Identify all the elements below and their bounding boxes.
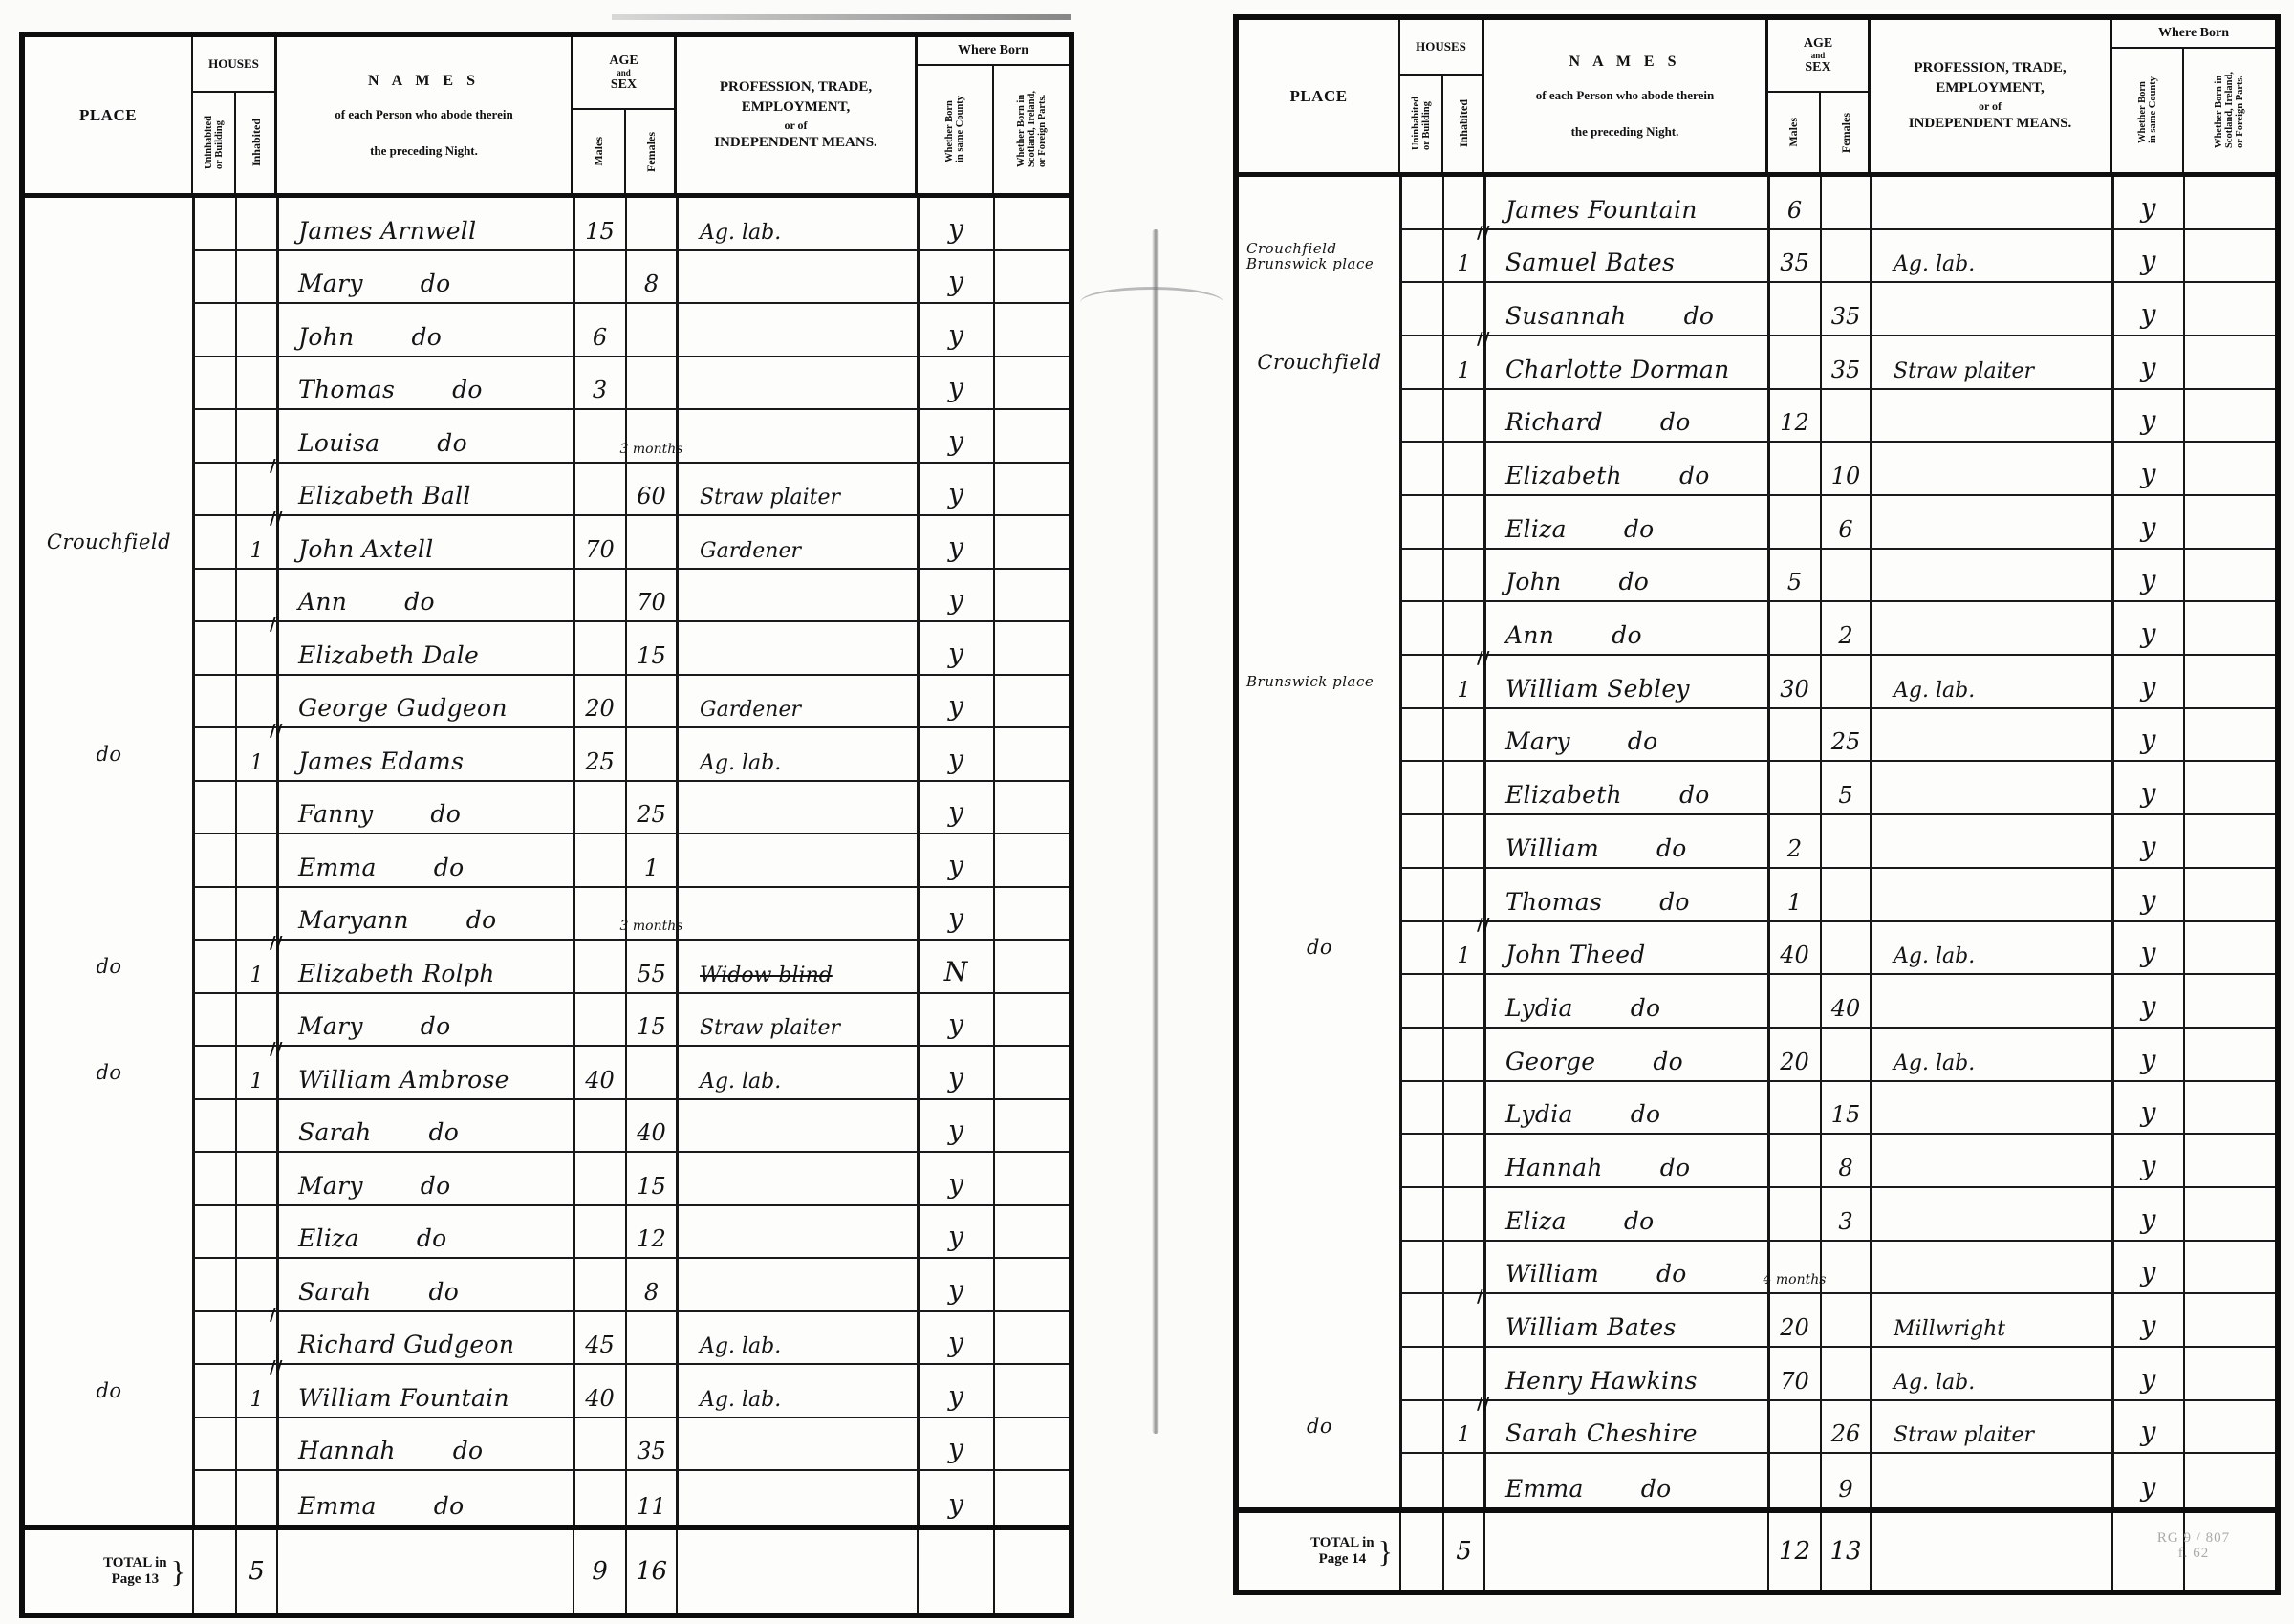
age-female-value: 15 bbox=[637, 1173, 666, 1200]
born-same-county-cell: y bbox=[2112, 230, 2184, 282]
name-cell: Fannydo bbox=[277, 782, 573, 834]
person-name: John bbox=[1505, 568, 1561, 595]
header-where-born-label: Where Born bbox=[2158, 26, 2229, 41]
header-place-label: PLACE bbox=[79, 106, 137, 125]
person-name: Mary bbox=[1505, 727, 1570, 755]
name-cell: Williamdo bbox=[1484, 1242, 1768, 1293]
age-female-value: 35 bbox=[1831, 357, 1861, 383]
age-female-cell: 9 bbox=[1821, 1454, 1871, 1507]
header-age-sex-group: AGEandSEXMalesFemales bbox=[1768, 20, 1871, 172]
name-cell: Elizado bbox=[277, 1206, 573, 1258]
born-foreign-cell bbox=[2184, 1188, 2275, 1240]
table-row: Fannydo25y bbox=[193, 782, 1069, 835]
table-row: Williamdo2y bbox=[1400, 815, 2275, 869]
ditto-mark: do bbox=[1624, 515, 1655, 543]
household-separator-mark: // bbox=[1477, 915, 1490, 935]
place-cell: do bbox=[25, 1047, 193, 1098]
profession-cell bbox=[1871, 602, 2112, 654]
age-female-cell: 2 bbox=[1821, 602, 1871, 654]
born-same-county-value: y bbox=[948, 796, 963, 828]
born-same-county-value: y bbox=[2141, 1203, 2156, 1235]
header-inhabited-label: Inhabited bbox=[1459, 99, 1469, 147]
header-inhabited: Inhabited bbox=[1443, 76, 1484, 172]
born-foreign-cell bbox=[2184, 496, 2275, 548]
age-female-cell: 40 bbox=[626, 1100, 677, 1152]
born-same-county-value: y bbox=[948, 319, 963, 351]
header-houses: HOUSES bbox=[1400, 20, 1482, 76]
place-text: do bbox=[1307, 936, 1332, 959]
born-same-county-cell: y bbox=[918, 198, 994, 249]
inhabited-cell bbox=[1443, 1082, 1484, 1134]
inhabited-cell bbox=[236, 994, 277, 1046]
born-foreign-cell bbox=[2184, 1135, 2275, 1186]
table-row: do1//Sarah Cheshire26Straw plaitery bbox=[1400, 1401, 2275, 1455]
name-cell: //John Axtell bbox=[277, 516, 573, 568]
header-sex-label: SEX bbox=[611, 77, 637, 92]
profession-cell bbox=[677, 1418, 918, 1470]
name-cell: Lydiado bbox=[1484, 1082, 1768, 1134]
age-male-cell: 4 months bbox=[1768, 1242, 1821, 1293]
born-same-county-value: y bbox=[2141, 245, 2156, 276]
age-male-cell: 12 bbox=[1768, 390, 1821, 442]
household-separator-mark: // bbox=[1477, 1394, 1490, 1414]
table-row: Marydo8y bbox=[193, 251, 1069, 305]
person-name: Maryann bbox=[298, 906, 409, 934]
profession-value: Ag. lab. bbox=[700, 1070, 781, 1093]
inhabited-cell bbox=[1443, 177, 1484, 228]
age-male-cell bbox=[1768, 336, 1821, 388]
ditto-mark: do bbox=[1656, 1260, 1687, 1288]
name-cell: /Elizabeth Ball bbox=[277, 464, 573, 515]
age-male-cell bbox=[573, 464, 626, 515]
born-foreign-cell bbox=[2184, 1454, 2275, 1507]
age-male-cell: 3 bbox=[573, 357, 626, 409]
place-text: do bbox=[1307, 1415, 1332, 1438]
born-foreign-cell bbox=[994, 941, 1069, 992]
born-foreign-cell bbox=[994, 622, 1069, 674]
person-name: Hannah bbox=[1505, 1154, 1603, 1181]
age-female-cell bbox=[1821, 550, 1871, 601]
born-same-county-cell: y bbox=[918, 1418, 994, 1470]
person-name: James Fountain bbox=[1505, 196, 1698, 224]
age-male-value: 6 bbox=[1787, 197, 1802, 224]
person-name: Mary bbox=[298, 1012, 363, 1040]
inhabited-value: 1 bbox=[1458, 944, 1471, 968]
header-foreign: Whether Born in Scotland, Ireland, or Fo… bbox=[2184, 49, 2275, 172]
inhabited-cell bbox=[236, 888, 277, 940]
age-female-cell: 25 bbox=[1821, 709, 1871, 761]
age-female-cell bbox=[1821, 815, 1871, 867]
total-males-value: 9 bbox=[592, 1557, 608, 1586]
ditto-mark: do bbox=[434, 854, 465, 881]
born-same-county-cell: N bbox=[918, 941, 994, 992]
profession-cell bbox=[1871, 762, 2112, 813]
age-male-value: 35 bbox=[1780, 249, 1809, 276]
profession-cell: Ag. lab. bbox=[677, 198, 918, 249]
ditto-mark: do bbox=[1679, 462, 1710, 489]
profession-cell: Ag. lab. bbox=[677, 1365, 918, 1417]
age-female-value: 35 bbox=[637, 1438, 666, 1464]
born-same-county-cell: y bbox=[918, 1471, 994, 1525]
age-female-value: 3 months bbox=[620, 442, 683, 457]
age-male-cell: 6 bbox=[1768, 177, 1821, 228]
age-male-cell: 40 bbox=[1768, 922, 1821, 974]
total-females-value: 13 bbox=[1829, 1537, 1861, 1566]
person-name: Henry Hawkins bbox=[1505, 1367, 1698, 1395]
inhabited-cell bbox=[1443, 709, 1484, 761]
table-row: do1//James Edams25Ag. lab.y bbox=[193, 728, 1069, 782]
name-cell: Hannahdo bbox=[277, 1418, 573, 1470]
name-cell: Elizado bbox=[1484, 496, 1768, 548]
born-same-county-cell: y bbox=[2112, 1029, 2184, 1080]
age-male-value: 30 bbox=[1780, 676, 1809, 703]
header-where-born: Where Born bbox=[2112, 20, 2275, 49]
age-female-cell bbox=[626, 728, 677, 780]
inhabited-value: 1 bbox=[250, 1070, 264, 1093]
age-female-value: 15 bbox=[1831, 1101, 1861, 1128]
ditto-mark: do bbox=[437, 429, 467, 457]
header-males: Males bbox=[1768, 93, 1821, 172]
header-profession-l3: or of bbox=[784, 118, 807, 133]
name-cell: Williamdo bbox=[1484, 815, 1768, 867]
age-female-value: 26 bbox=[1831, 1420, 1861, 1447]
age-male-value: 4 months bbox=[1764, 1272, 1827, 1288]
header-age-label: AGE bbox=[1804, 36, 1832, 51]
header-age-label: AGE bbox=[609, 54, 638, 68]
born-same-county-cell: y bbox=[2112, 1135, 2184, 1186]
age-male-cell bbox=[1768, 762, 1821, 813]
born-same-county-value: y bbox=[2141, 1256, 2156, 1288]
household-separator-mark: // bbox=[270, 509, 283, 529]
born-same-county-value: y bbox=[948, 1062, 963, 1093]
ditto-mark: do bbox=[434, 1492, 465, 1520]
born-same-county-value: y bbox=[2141, 1310, 2156, 1341]
header-place: PLACE bbox=[25, 37, 193, 193]
age-female-cell: 3 bbox=[1821, 1188, 1871, 1240]
born-foreign-cell bbox=[2184, 1294, 2275, 1346]
ditto-mark: do bbox=[1656, 834, 1687, 862]
ditto-mark: do bbox=[1612, 621, 1642, 649]
header-houses-group: HOUSESUninhabited or BuildingInhabited bbox=[193, 37, 277, 193]
age-male-value: 12 bbox=[1780, 409, 1809, 436]
header-profession: PROFESSION, TRADE,EMPLOYMENT,or ofINDEPE… bbox=[677, 37, 918, 193]
person-name: William Fountain bbox=[298, 1384, 509, 1412]
age-male-cell: 5 bbox=[1768, 550, 1821, 601]
profession-cell bbox=[677, 1206, 918, 1258]
born-same-county-value: y bbox=[2141, 564, 2156, 595]
person-name: George bbox=[1505, 1048, 1595, 1075]
book-binding bbox=[1152, 229, 1159, 1434]
born-foreign-cell bbox=[994, 888, 1069, 940]
age-female-value: 25 bbox=[637, 801, 666, 828]
age-female-value: 6 bbox=[1838, 516, 1852, 543]
age-male-cell bbox=[573, 888, 626, 940]
name-cell: Emmado bbox=[277, 834, 573, 886]
name-cell: Anndo bbox=[277, 570, 573, 621]
header-profession-l3: or of bbox=[1979, 98, 2002, 114]
age-male-cell bbox=[1768, 1082, 1821, 1134]
total-houses: 5 bbox=[236, 1530, 277, 1613]
born-same-county-value: y bbox=[2141, 511, 2156, 543]
ditto-mark: do bbox=[429, 1118, 460, 1146]
age-male-value: 70 bbox=[585, 536, 615, 563]
table-row: /Richard Gudgeon45Ag. lab.y bbox=[193, 1312, 1069, 1366]
place-struck-text: Crouchfield bbox=[1246, 241, 1337, 256]
ditto-mark: do bbox=[421, 1012, 451, 1040]
profession-cell bbox=[677, 782, 918, 834]
profession-value: Ag. lab. bbox=[1894, 944, 1975, 968]
born-same-county-cell: y bbox=[918, 994, 994, 1046]
table-row: Marydo15y bbox=[193, 1153, 1069, 1206]
inhabited-cell bbox=[236, 410, 277, 462]
table-row: Thomasdo3y bbox=[193, 357, 1069, 411]
header-uninhabited: Uninhabited or Building bbox=[193, 93, 236, 193]
ditto-mark: do bbox=[452, 376, 483, 403]
person-name: John bbox=[298, 323, 354, 351]
profession-value: Gardener bbox=[700, 539, 801, 563]
born-same-county-cell: y bbox=[918, 251, 994, 303]
born-same-county-cell: y bbox=[2112, 656, 2184, 707]
age-male-cell: 2 bbox=[1768, 815, 1821, 867]
age-female-cell bbox=[1821, 1029, 1871, 1080]
profession-cell: Millwright bbox=[1871, 1294, 2112, 1346]
born-foreign-cell bbox=[994, 1047, 1069, 1098]
inhabited-cell bbox=[1443, 443, 1484, 494]
inhabited-cell bbox=[1443, 975, 1484, 1027]
header-names-sub1: of each Person who abode therein bbox=[1536, 88, 1714, 103]
header-uninhabited-label: Uninhabited or Building bbox=[204, 116, 225, 169]
place-cell: do bbox=[25, 941, 193, 992]
table-row: Johndo6y bbox=[193, 304, 1069, 357]
age-female-cell bbox=[626, 1047, 677, 1098]
born-same-county-cell: y bbox=[2112, 1401, 2184, 1453]
profession-cell bbox=[1871, 496, 2112, 548]
born-same-county-cell: y bbox=[918, 1206, 994, 1258]
age-male-cell bbox=[1768, 1188, 1821, 1240]
inhabited-cell bbox=[1443, 1135, 1484, 1186]
born-same-county-cell: y bbox=[2112, 496, 2184, 548]
born-foreign-cell bbox=[2184, 922, 2275, 974]
profession-value: Ag. lab. bbox=[1894, 1051, 1975, 1075]
age-female-value: 12 bbox=[637, 1225, 666, 1252]
profession-cell bbox=[1871, 1082, 2112, 1134]
name-cell: //Charlotte Dorman bbox=[1484, 336, 1768, 388]
table-row: /William Bates20Millwrighty bbox=[1400, 1294, 2275, 1348]
table-row: Emmado9y bbox=[1400, 1454, 2275, 1507]
place-cell: do bbox=[25, 1365, 193, 1417]
table-row: do1//Elizabeth Rolph55Widow blindN bbox=[193, 941, 1069, 994]
ditto-mark: do bbox=[1628, 727, 1658, 755]
header-age-sex: AGEandSEX bbox=[1768, 20, 1868, 93]
profession-value: Millwright bbox=[1894, 1317, 2005, 1341]
table-row: James Arnwell15Ag. lab.y bbox=[193, 198, 1069, 251]
profession-cell bbox=[677, 251, 918, 303]
profession-cell bbox=[677, 1471, 918, 1525]
ditto-mark: do bbox=[430, 800, 461, 828]
born-foreign-cell bbox=[2184, 602, 2275, 654]
household-separator-mark: // bbox=[1477, 223, 1490, 243]
age-female-value: 15 bbox=[637, 642, 666, 669]
born-same-county-cell: y bbox=[918, 676, 994, 727]
table-row: Georgedo20Ag. lab.y bbox=[1400, 1029, 2275, 1082]
table-row: Louisado3 monthsy bbox=[193, 410, 1069, 464]
name-cell: George Gudgeon bbox=[277, 676, 573, 727]
age-female-cell: 11 bbox=[626, 1471, 677, 1525]
profession-cell bbox=[1871, 443, 2112, 494]
age-male-value: 3 bbox=[593, 377, 607, 403]
ditto-mark: do bbox=[1631, 994, 1661, 1022]
born-foreign-cell bbox=[994, 1418, 1069, 1470]
born-same-county-cell: y bbox=[918, 357, 994, 409]
name-cell: //John Theed bbox=[1484, 922, 1768, 974]
born-same-county-cell: y bbox=[918, 1047, 994, 1098]
age-female-value: 8 bbox=[644, 271, 659, 297]
age-female-cell bbox=[1821, 1348, 1871, 1399]
header-inhabited-label: Inhabited bbox=[251, 119, 262, 166]
header-houses-label: HOUSES bbox=[1416, 39, 1466, 54]
profession-cell bbox=[677, 1153, 918, 1204]
age-male-cell bbox=[1768, 1135, 1821, 1186]
born-same-county-cell: y bbox=[918, 304, 994, 356]
total-label-line1: TOTAL in bbox=[1310, 1535, 1374, 1551]
born-same-county-cell: y bbox=[2112, 815, 2184, 867]
name-cell: //William Sebley bbox=[1484, 656, 1768, 707]
born-same-county-value: y bbox=[948, 425, 963, 457]
person-name: Elizabeth Ball bbox=[298, 482, 471, 509]
page-total-row: TOTAL inPage 14}51213RG 9 / 807f. 62 bbox=[1239, 1507, 2275, 1590]
age-female-value: 40 bbox=[1831, 995, 1861, 1022]
age-male-cell bbox=[573, 994, 626, 1046]
age-female-value: 25 bbox=[1831, 728, 1861, 755]
header-females-label: Females bbox=[646, 132, 657, 172]
age-female-cell: 35 bbox=[1821, 336, 1871, 388]
age-male-cell: 70 bbox=[573, 516, 626, 568]
profession-cell bbox=[677, 888, 918, 940]
born-same-county-value: y bbox=[948, 744, 963, 775]
table-row: Thomasdo1y bbox=[1400, 869, 2275, 922]
age-female-cell: 40 bbox=[1821, 975, 1871, 1027]
person-name: Elizabeth Rolph bbox=[298, 960, 495, 987]
born-same-county-value: y bbox=[2141, 1363, 2156, 1395]
born-same-county-cell: y bbox=[2112, 550, 2184, 601]
age-female-cell: 15 bbox=[626, 622, 677, 674]
total-label-line2: Page 13 bbox=[103, 1571, 167, 1588]
age-male-cell: 40 bbox=[573, 1365, 626, 1417]
profession-cell bbox=[1871, 1188, 2112, 1240]
header-names-sub1: of each Person who abode therein bbox=[335, 107, 512, 122]
born-same-county-cell: y bbox=[2112, 869, 2184, 920]
age-female-cell: 10 bbox=[1821, 443, 1871, 494]
place-cell: CrouchfieldBrunswick place bbox=[1239, 230, 1400, 282]
ditto-mark: do bbox=[421, 270, 451, 297]
census-page-14: PLACEHOUSESUninhabited or BuildingInhabi… bbox=[1233, 14, 2281, 1595]
inhabited-cell bbox=[1443, 762, 1484, 813]
profession-value: Ag. lab. bbox=[700, 751, 781, 775]
born-same-county-cell: y bbox=[2112, 443, 2184, 494]
age-male-value: 20 bbox=[1780, 1049, 1809, 1075]
person-name: Louisa bbox=[298, 429, 379, 457]
age-female-cell bbox=[626, 1312, 677, 1364]
header-same-county: Whether Born in same County bbox=[918, 66, 994, 193]
born-same-county-cell: y bbox=[2112, 1242, 2184, 1293]
age-female-value: 55 bbox=[637, 961, 666, 987]
age-female-cell bbox=[1821, 230, 1871, 282]
name-cell: Henry Hawkins bbox=[1484, 1348, 1768, 1399]
profession-cell bbox=[1871, 550, 2112, 601]
age-male-cell bbox=[573, 410, 626, 462]
born-same-county-cell: y bbox=[918, 622, 994, 674]
born-foreign-cell bbox=[994, 994, 1069, 1046]
age-male-cell bbox=[573, 1259, 626, 1310]
age-female-cell: 1 bbox=[626, 834, 677, 886]
profession-value: Ag. lab. bbox=[1894, 1371, 1975, 1395]
ditto-mark: do bbox=[1624, 1207, 1655, 1235]
born-same-county-cell: y bbox=[918, 888, 994, 940]
inhabited-value: 1 bbox=[1458, 252, 1471, 276]
inhabited-cell bbox=[236, 834, 277, 886]
place-text: Crouchfield bbox=[47, 531, 171, 553]
born-same-county-value: y bbox=[2141, 1150, 2156, 1181]
profession-cell: Ag. lab. bbox=[1871, 922, 2112, 974]
age-male-cell bbox=[1768, 496, 1821, 548]
inhabited-cell bbox=[236, 304, 277, 356]
born-same-county-value: y bbox=[948, 1221, 963, 1252]
born-same-county-value: y bbox=[948, 372, 963, 403]
header-foreign-label: Whether Born in Scotland, Ireland, or Fo… bbox=[2214, 72, 2245, 148]
age-male-cell: 20 bbox=[1768, 1294, 1821, 1346]
age-male-value: 1 bbox=[1787, 889, 1802, 916]
born-foreign-cell bbox=[994, 1206, 1069, 1258]
born-same-county-value: y bbox=[2141, 831, 2156, 862]
born-same-county-value: y bbox=[2141, 617, 2156, 649]
person-name: Lydia bbox=[1505, 1100, 1573, 1128]
household-separator-mark: // bbox=[270, 721, 283, 741]
profession-cell: Gardener bbox=[677, 516, 918, 568]
profession-value: Ag. lab. bbox=[1894, 679, 1975, 703]
age-male-cell bbox=[1768, 602, 1821, 654]
table-row: Richarddo12y bbox=[1400, 390, 2275, 444]
inhabited-cell bbox=[1443, 550, 1484, 601]
name-cell: Elizado bbox=[1484, 1188, 1768, 1240]
ditto-mark: do bbox=[1660, 408, 1691, 436]
person-name: Emma bbox=[1505, 1475, 1584, 1503]
person-name: Richard Gudgeon bbox=[298, 1331, 514, 1358]
age-female-cell: 26 bbox=[1821, 1401, 1871, 1453]
inhabited-cell bbox=[236, 570, 277, 621]
inhabited-cell bbox=[236, 676, 277, 727]
name-cell: Thomasdo bbox=[1484, 869, 1768, 920]
age-male-cell bbox=[573, 941, 626, 992]
born-same-county-cell: y bbox=[918, 516, 994, 568]
age-male-cell: 35 bbox=[1768, 230, 1821, 282]
total-females: 13 bbox=[1821, 1513, 1871, 1590]
age-female-cell bbox=[1821, 1242, 1871, 1293]
person-name: Mary bbox=[298, 270, 363, 297]
header-females: Females bbox=[1821, 93, 1871, 172]
profession-cell bbox=[1871, 1454, 2112, 1507]
header-foreign-label: Whether Born in Scotland, Ireland, or Fo… bbox=[1016, 91, 1048, 167]
ditto-mark: do bbox=[1618, 568, 1649, 595]
profession-cell bbox=[677, 357, 918, 409]
inhabited-cell bbox=[1443, 1242, 1484, 1293]
table-row: do1//William Fountain40Ag. lab.y bbox=[193, 1365, 1069, 1418]
age-male-cell: 6 bbox=[573, 304, 626, 356]
born-same-county-value: y bbox=[948, 638, 963, 669]
born-same-county-cell: y bbox=[2112, 709, 2184, 761]
household-separator-mark: // bbox=[1477, 648, 1490, 668]
born-same-county-value: y bbox=[2141, 1096, 2156, 1128]
born-same-county-cell: y bbox=[2112, 336, 2184, 388]
